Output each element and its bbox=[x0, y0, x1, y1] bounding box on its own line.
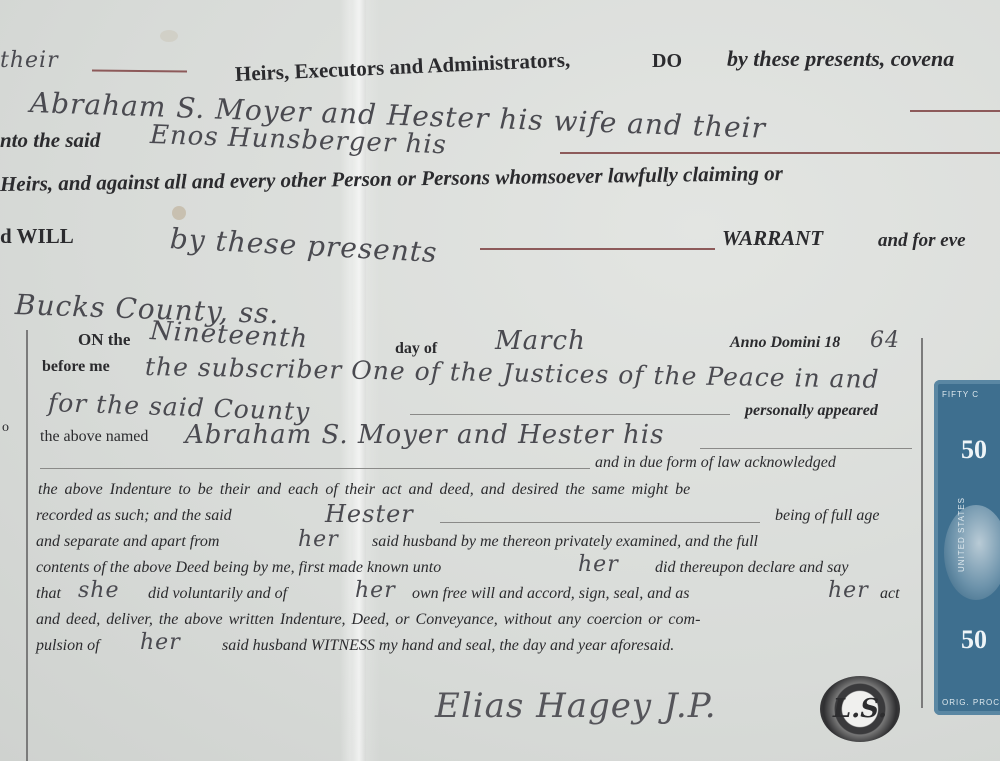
stamp-top-text: FIFTY C bbox=[942, 390, 979, 399]
handwritten-her: her bbox=[578, 552, 619, 577]
printed-separate-end: said husband by me thereon privately exa… bbox=[372, 533, 758, 551]
seal-label: L.S. bbox=[833, 694, 887, 724]
printed-before-me: before me bbox=[42, 358, 110, 376]
printed-recorded: recorded as such; and the said bbox=[36, 507, 232, 525]
rule bbox=[440, 522, 760, 523]
handwritten-her: her bbox=[355, 578, 396, 603]
rule bbox=[480, 248, 715, 250]
printed-act: act bbox=[880, 585, 900, 603]
printed-do: DO bbox=[652, 50, 682, 73]
printed-personally-appeared: personally appeared bbox=[745, 402, 878, 420]
paper-stain bbox=[172, 206, 186, 220]
handwritten-her: her bbox=[140, 630, 181, 655]
printed-warrant: WARRANT bbox=[722, 226, 823, 251]
printed-that: that bbox=[36, 585, 61, 603]
printed-pulsion-of: pulsion of bbox=[36, 637, 100, 655]
right-border bbox=[921, 338, 923, 708]
printed-separate: and separate and apart from bbox=[36, 533, 219, 551]
rule bbox=[40, 468, 590, 469]
left-border bbox=[26, 330, 28, 761]
printed-indenture-line: the above Indenture to be their and each… bbox=[38, 481, 690, 499]
stamp-portrait-icon bbox=[944, 505, 1000, 600]
seal-icon: L.S. bbox=[820, 676, 900, 742]
stamp-side-text: UNITED STATES bbox=[957, 497, 966, 572]
printed-unto-the-said: nto the said bbox=[0, 128, 100, 153]
stamp-value-top: 50 bbox=[944, 435, 1000, 465]
printed-anno-domini: Anno Domini 18 bbox=[730, 334, 840, 352]
rule bbox=[560, 152, 1000, 154]
handwritten-wife-name: Hester bbox=[325, 500, 414, 528]
rule bbox=[700, 448, 912, 449]
printed-deliver-line: and deed, deliver, the above written Ind… bbox=[36, 611, 700, 629]
handwritten-grantors-ack: Abraham S. Moyer and Hester his bbox=[185, 420, 664, 450]
stamp-bottom-text: ORIG. PROC bbox=[942, 698, 1000, 707]
handwritten-her: her bbox=[828, 578, 869, 603]
rule bbox=[910, 110, 1000, 112]
printed-by-these-presents: by these presents, covena bbox=[727, 46, 954, 72]
printed-free-will: own free will and accord, sign, seal, an… bbox=[412, 585, 689, 603]
revenue-stamp: FIFTY C 50 UNITED STATES 50 ORIG. PROC bbox=[934, 380, 1000, 715]
printed-witness-line: said husband WITNESS my hand and seal, t… bbox=[222, 637, 674, 655]
printed-will: d WILL bbox=[0, 224, 74, 249]
printed-due-form: and in due form of law acknowledged bbox=[595, 454, 836, 472]
stamp-value-bottom: 50 bbox=[944, 625, 1000, 655]
printed-voluntarily: did voluntarily and of bbox=[148, 585, 287, 603]
handwritten-their: their bbox=[0, 48, 59, 73]
handwritten-year: 64 bbox=[870, 328, 900, 353]
printed-above-named: the above named bbox=[40, 428, 148, 446]
margin-mark: o bbox=[2, 420, 9, 436]
handwritten-her: her bbox=[298, 527, 339, 552]
printed-full-age: being of full age bbox=[775, 507, 879, 525]
handwritten-month: March bbox=[495, 326, 586, 356]
printed-on-the: ON the bbox=[78, 330, 130, 350]
rule bbox=[410, 414, 730, 415]
signature: Elias Hagey J.P. bbox=[435, 686, 717, 726]
printed-contents: contents of the above Deed being by me, … bbox=[36, 559, 441, 577]
handwritten-she: she bbox=[78, 578, 119, 603]
printed-contents-end: did thereupon declare and say bbox=[655, 559, 848, 577]
printed-day-of: day of bbox=[395, 340, 437, 358]
paper-stain bbox=[160, 30, 178, 42]
printed-and-for-ever: and for eve bbox=[878, 230, 966, 252]
